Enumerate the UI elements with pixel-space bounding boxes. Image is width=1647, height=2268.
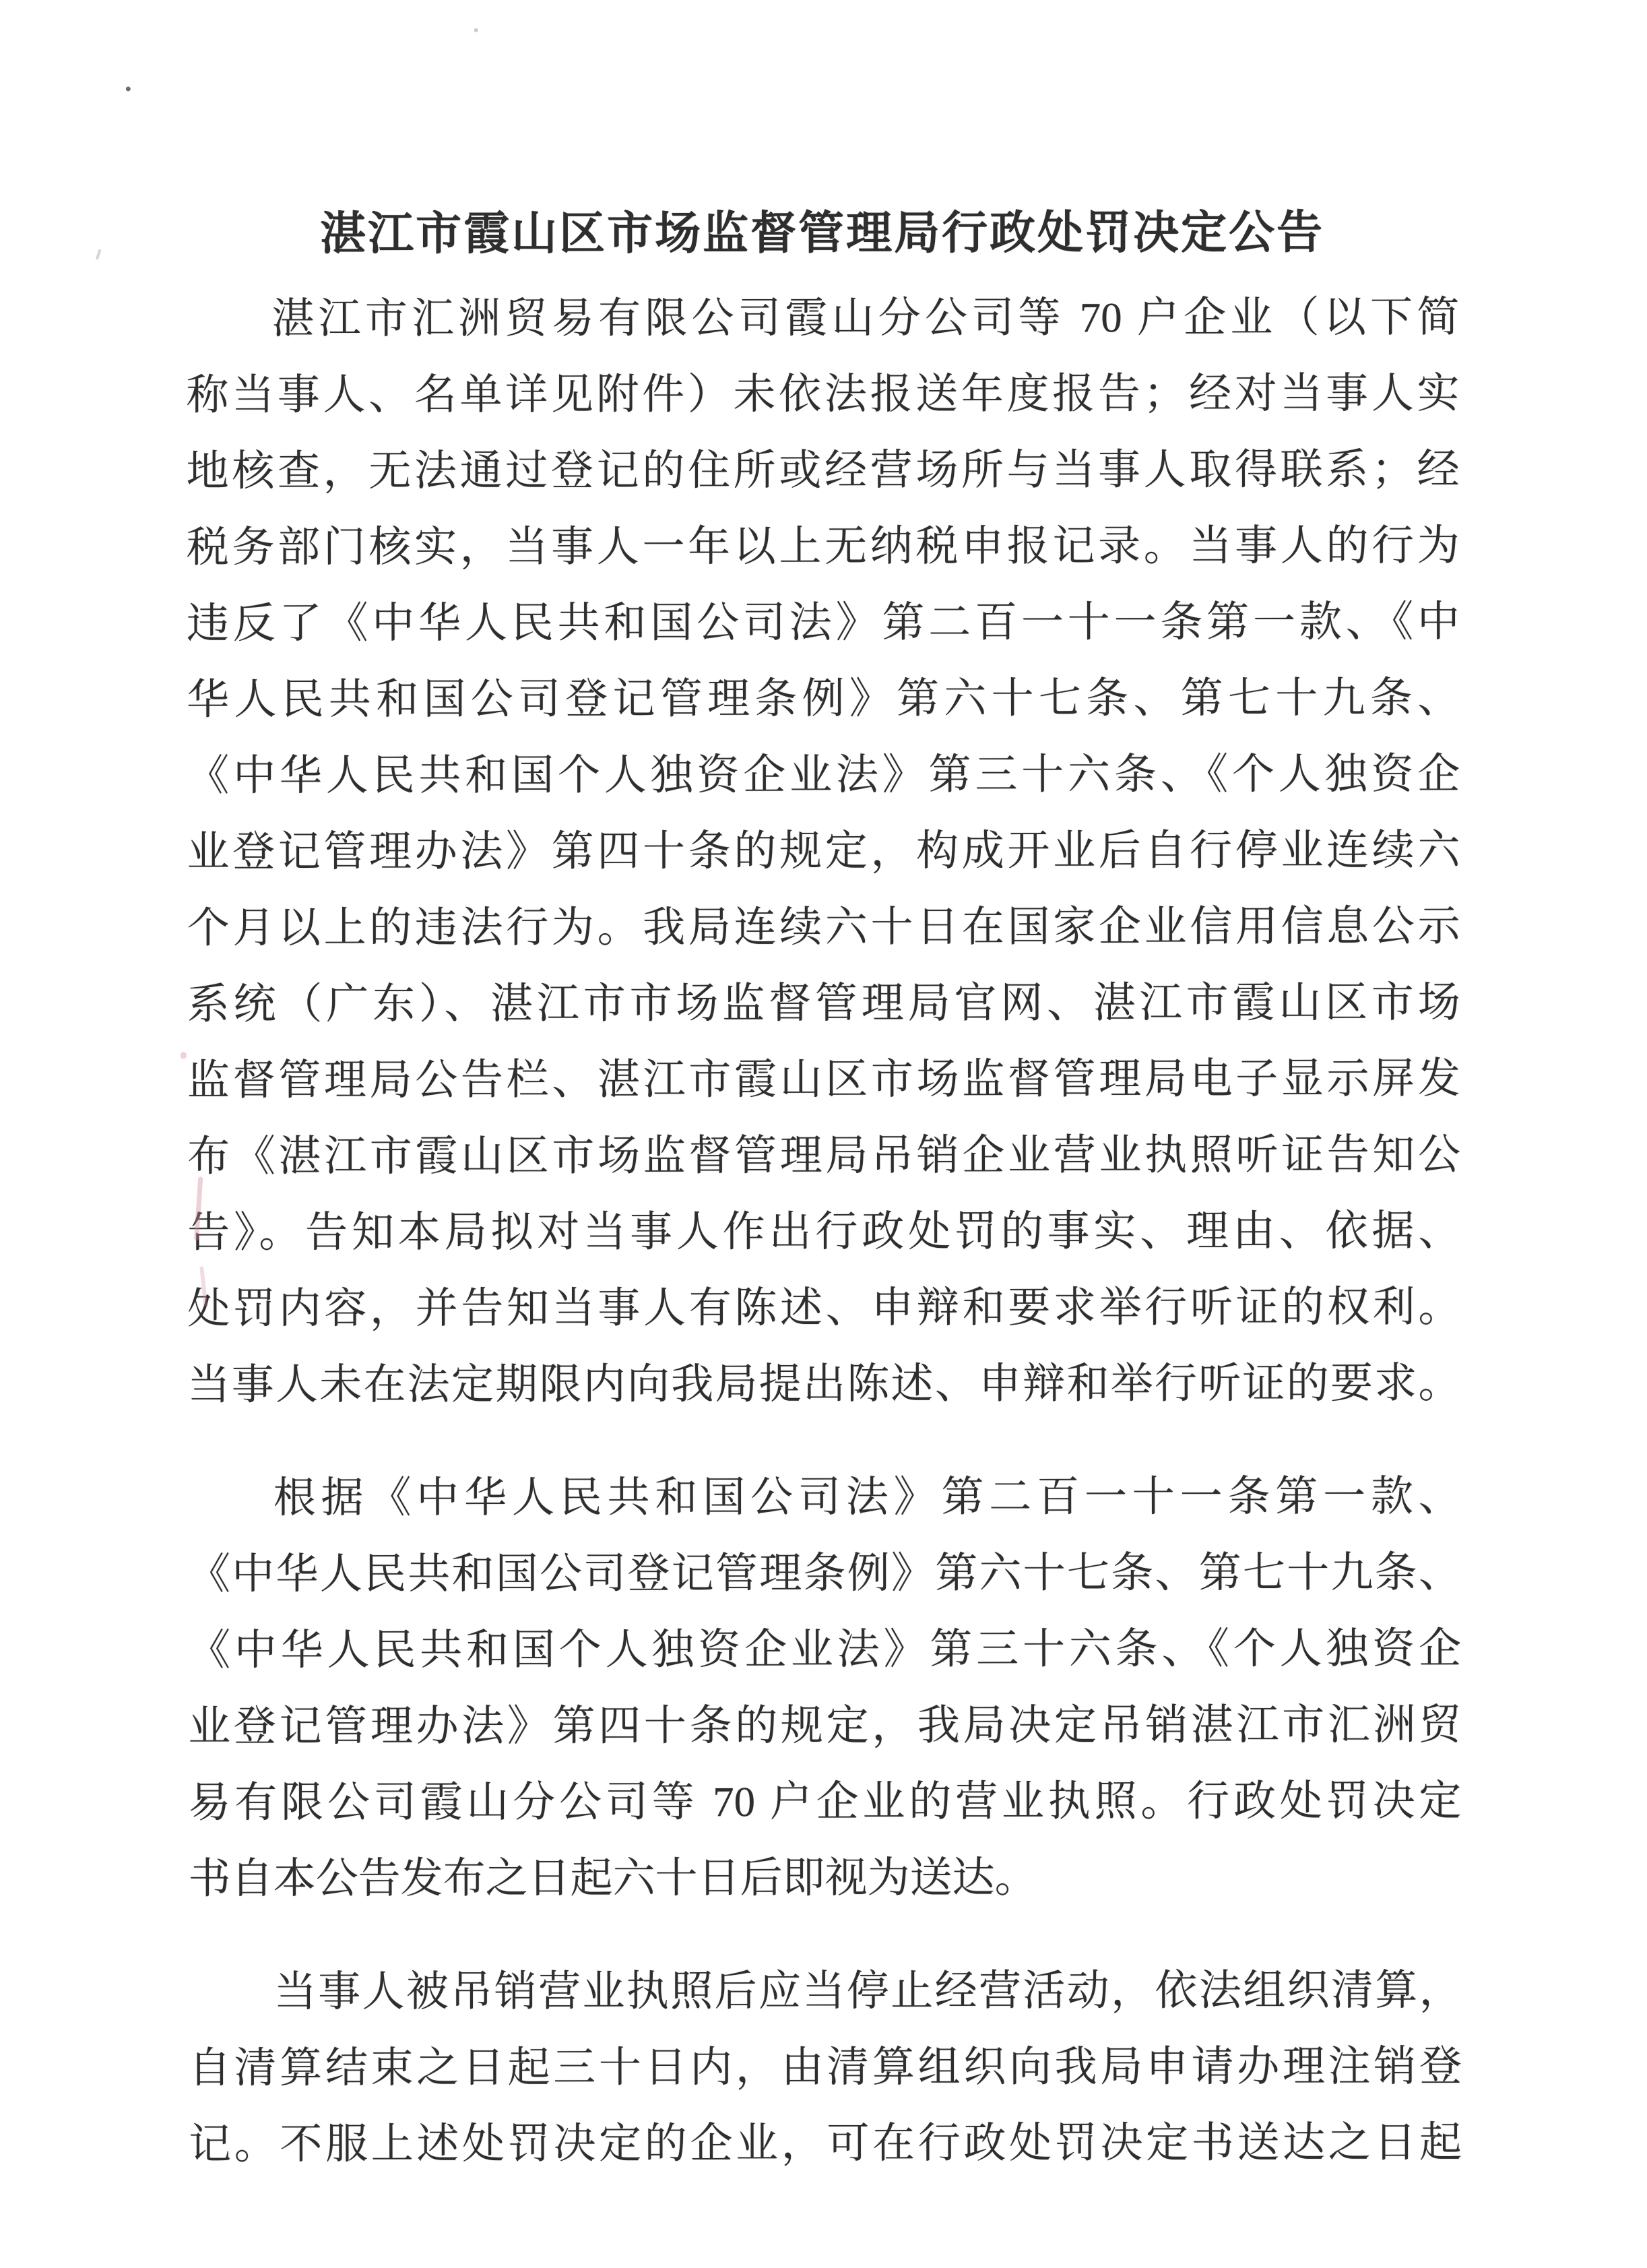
body-line: 业登记管理办法》第四十条的规定，我局决定吊销湛江市汇洲贸: [188, 1687, 1461, 1765]
scan-speck: [474, 28, 478, 32]
body-line: 自清算结束之日起三十日内，由清算组织向我局申请办理注销登: [189, 2029, 1462, 2107]
body-line: 当事人未在法定期限内向我局提出陈述、申辩和举行听证的要求。: [187, 1346, 1460, 1424]
paragraph-1: 湛江市汇洲贸易有限公司霞山分公司等 70 户企业（以下简 称当事人、名单详见附件…: [186, 280, 1460, 1424]
paragraph-3: 当事人被吊销营业执照后应当停止经营活动，依法组织清算， 自清算结束之日起三十日内…: [189, 1953, 1462, 2183]
body-line: 记。不服上述处罚决定的企业，可在行政处罚决定书送达之日起: [189, 2105, 1462, 2183]
page-content: 湛江市霞山区市场监督管理局行政处罚决定公告 湛江市汇洲贸易有限公司霞山分公司等 …: [0, 0, 1647, 2268]
body-line: 地核查，无法通过登记的住所或经营场所与当事人取得联系；经: [187, 432, 1460, 510]
body-line: 告》。告知本局拟对当事人作出行政处罚的事实、理由、依据、: [187, 1193, 1460, 1271]
body-line: 个月以上的违法行为。我局连续六十日在国家企业信用信息公示: [187, 889, 1460, 967]
body-line: 《中华人民共和国个人独资企业法》第三十六条、《个人独资企: [188, 1611, 1461, 1689]
body-line: 根据《中华人民共和国公司法》第二百一十一条第一款、: [188, 1459, 1461, 1537]
body-line: 易有限公司霞山分公司等 70 户企业的营业执照。行政处罚决定: [188, 1763, 1461, 1841]
body-line: 称当事人、名单详见附件）未依法报送年度报告；经对当事人实: [186, 356, 1459, 434]
body-line: 华人民共和国公司登记管理条例》第六十七条、第七十九条、: [187, 660, 1460, 738]
body-line: 湛江市汇洲贸易有限公司霞山分公司等 70 户企业（以下简: [186, 280, 1459, 358]
body-line: 监督管理局公告栏、湛江市霞山区市场监督管理局电子显示屏发: [187, 1041, 1460, 1119]
body-line: 税务部门核实，当事人一年以上无纳税申报记录。当事人的行为: [187, 508, 1460, 586]
body-line: 《中华人民共和国个人独资企业法》第三十六条、《个人独资企: [187, 736, 1460, 815]
scanned-page: 湛江市霞山区市场监督管理局行政处罚决定公告 湛江市汇洲贸易有限公司霞山分公司等 …: [0, 0, 1647, 2268]
body-line: 处罚内容，并告知当事人有陈述、申辩和要求举行听证的权利。: [187, 1269, 1460, 1348]
body-line: 当事人被吊销营业执照后应当停止经营活动，依法组织清算，: [189, 1953, 1462, 2031]
scan-smudge: [181, 1052, 187, 1059]
body-line: 布《湛江市霞山区市场监督管理局吊销企业营业执照听证告知公: [187, 1117, 1460, 1195]
body-line: 书自本公告发布之日起六十日后即视为送达。: [188, 1839, 1461, 1918]
body-line: 《中华人民共和国公司登记管理条例》第六十七条、第七十九条、: [188, 1535, 1461, 1613]
document-title: 湛江市霞山区市场监督管理局行政处罚决定公告: [0, 195, 1646, 263]
scan-speck: [126, 86, 131, 91]
body-line: 业登记管理办法》第四十条的规定，构成开业后自行停业连续六: [187, 813, 1460, 891]
document-body: 湛江市汇洲贸易有限公司霞山分公司等 70 户企业（以下简 称当事人、名单详见附件…: [186, 280, 1462, 2183]
paragraph-2: 根据《中华人民共和国公司法》第二百一十一条第一款、 《中华人民共和国公司登记管理…: [188, 1459, 1462, 1918]
body-line: 违反了《中华人民共和国公司法》第二百一十一条第一款、《中: [187, 584, 1460, 662]
body-line: 系统（广东）、湛江市市场监督管理局官网、湛江市霞山区市场: [187, 965, 1460, 1043]
